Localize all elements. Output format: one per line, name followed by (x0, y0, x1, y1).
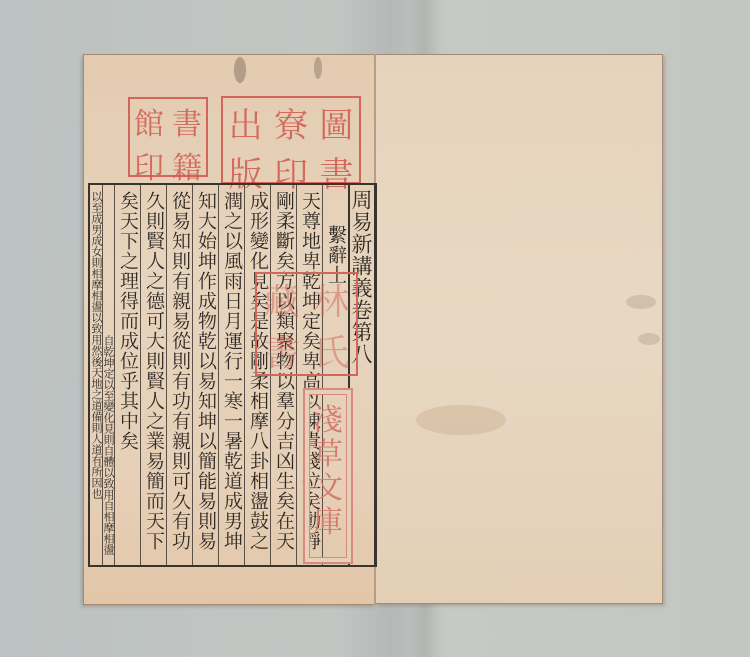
seal-char: 書 (257, 325, 307, 376)
book-photo-stage: 書 籍 館 印 圖 書 寮 印 出 版 周易新講義卷第八 繫辭上 天尊地卑乾坤定… (0, 0, 750, 657)
seal-char: 氏 (307, 325, 357, 376)
commentary-column-1: 自乾坤定以至變化見則自體以致用自相摩相盪 (102, 185, 114, 565)
ink-stain (314, 57, 322, 79)
ink-stain (234, 57, 246, 83)
seal-char: 藏 (257, 274, 307, 325)
right-page-blank (375, 54, 663, 604)
seal-char: 圖 (314, 98, 359, 147)
wear-spot (638, 333, 660, 345)
text-column-6: 從易知則有親易從則有功有親則可久有功則可大可 (166, 185, 192, 565)
seal-char: 書 (168, 99, 206, 143)
text-column-7: 久則賢人之德可大則賢人之業易簡而天下之理得 (140, 185, 166, 565)
seal-top-right: 圖 書 寮 印 出 版 (221, 96, 361, 184)
seal-char: 籍 (168, 143, 206, 187)
text-column-4: 潤之以風雨日月運行一寒一暑乾道成男坤道成女乾 (218, 185, 244, 565)
seal-middle: 林 氏 藏 書 (255, 272, 358, 376)
wear-spot (626, 295, 656, 309)
seal-vertical: 淺草文庫 (303, 388, 353, 564)
seal-char: 寮 (268, 98, 313, 147)
seal-vertical-text: 淺草文庫 (313, 404, 347, 554)
seal-top-left: 書 籍 館 印 (128, 97, 208, 177)
text-column-8: 矣天下之理得而成位乎其中矣 (114, 185, 140, 565)
commentary-column-2: 以至成男成女則相摩相盪以致用然後天地之道備則人道有所因也 (90, 185, 102, 565)
seal-char: 館 (130, 99, 168, 143)
seal-char: 印 (130, 143, 168, 187)
seal-char: 林 (307, 274, 357, 325)
water-stain (416, 405, 506, 435)
text-column-5: 知大始坤作成物乾以易知坤以簡能易則易知簡則易 (192, 185, 218, 565)
seal-char: 出 (223, 98, 268, 147)
